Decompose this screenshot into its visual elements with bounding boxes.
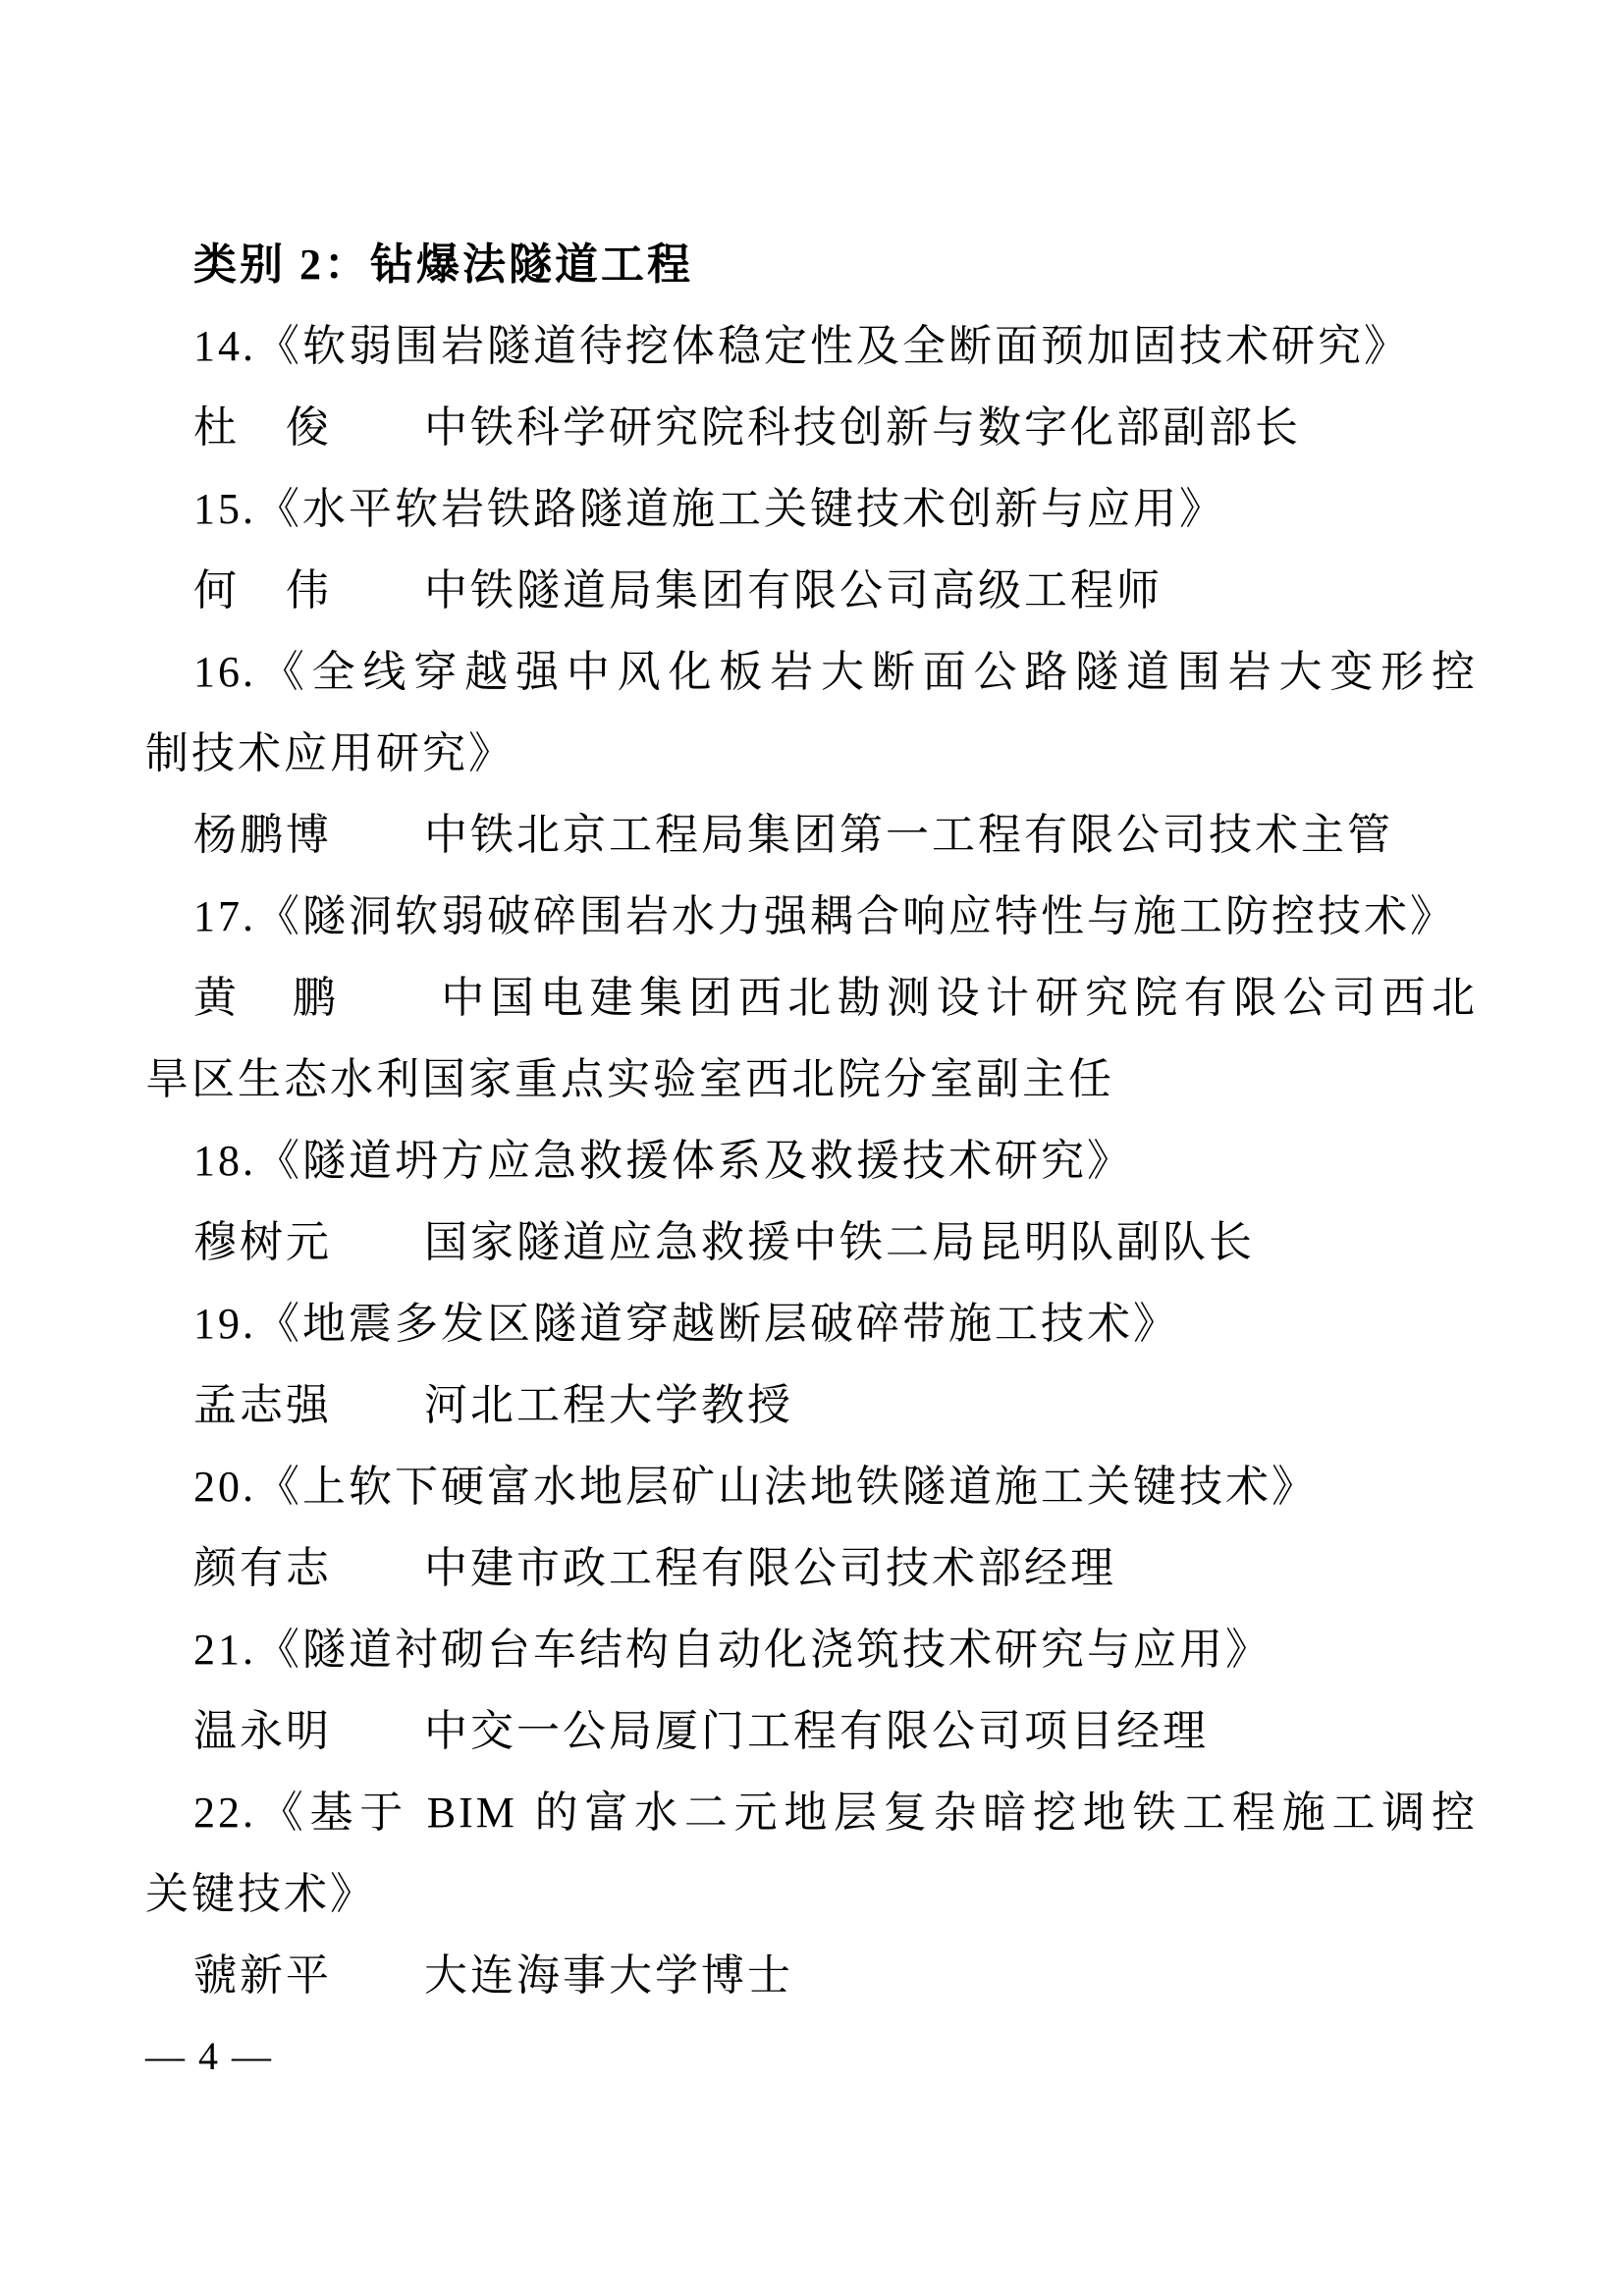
entry-20-author: 颜有志 中建市政工程有限公司技术部经理 xyxy=(145,1527,1478,1609)
category-heading: 类别 2：钻爆法隧道工程 xyxy=(145,224,1478,305)
entry-14-title: 14.《软弱围岩隧道待挖体稳定性及全断面预加固技术研究》 xyxy=(145,305,1478,387)
entry-20-title: 20.《上软下硬富水地层矿山法地铁隧道施工关键技术》 xyxy=(145,1446,1478,1527)
entry-17-title: 17.《隧洞软弱破碎围岩水力强耦合响应特性与施工防控技术》 xyxy=(145,876,1478,957)
entry-21-title: 21.《隧道衬砌台车结构自动化浇筑技术研究与应用》 xyxy=(145,1609,1478,1690)
document-page: 类别 2：钻爆法隧道工程14.《软弱围岩隧道待挖体稳定性及全断面预加固技术研究》… xyxy=(0,0,1623,2296)
entry-15-author: 何 伟 中铁隧道局集团有限公司高级工程师 xyxy=(145,550,1478,631)
entry-18-title: 18.《隧道坍方应急救援体系及救援技术研究》 xyxy=(145,1120,1478,1201)
entry-21-author: 温永明 中交一公局厦门工程有限公司项目经理 xyxy=(145,1690,1478,1772)
entry-16-author: 杨鹏博 中铁北京工程局集团第一工程有限公司技术主管 xyxy=(145,794,1478,876)
entry-19-author: 孟志强 河北工程大学教授 xyxy=(145,1364,1478,1446)
entry-22-title-line-2: 关键技术》 xyxy=(145,1853,1478,1935)
entry-16-title-line-2: 制技术应用研究》 xyxy=(145,713,1478,794)
page-number: — 4 — xyxy=(145,2020,1478,2093)
document-body: 类别 2：钻爆法隧道工程14.《软弱围岩隧道待挖体稳定性及全断面预加固技术研究》… xyxy=(145,224,1478,2016)
entry-19-title: 19.《地震多发区隧道穿越断层破碎带施工技术》 xyxy=(145,1283,1478,1364)
entry-15-title: 15.《水平软岩铁路隧道施工关键技术创新与应用》 xyxy=(145,468,1478,550)
entry-17-author-line-1: 黄 鹏 中国电建集团西北勘测设计研究院有限公司西北 xyxy=(145,957,1478,1039)
entry-14-author: 杜 俊 中铁科学研究院科技创新与数字化部副部长 xyxy=(145,387,1478,468)
entry-22-title-line-1: 22.《基于 BIM 的富水二元地层复杂暗挖地铁工程施工调控 xyxy=(145,1772,1478,1853)
entry-17-author-line-2: 旱区生态水利国家重点实验室西北院分室副主任 xyxy=(145,1039,1478,1120)
entry-16-title-line-1: 16.《全线穿越强中风化板岩大断面公路隧道围岩大变形控 xyxy=(145,631,1478,713)
entry-22-author: 虢新平 大连海事大学博士 xyxy=(145,1935,1478,2016)
entry-18-author: 穆树元 国家隧道应急救援中铁二局昆明队副队长 xyxy=(145,1201,1478,1283)
